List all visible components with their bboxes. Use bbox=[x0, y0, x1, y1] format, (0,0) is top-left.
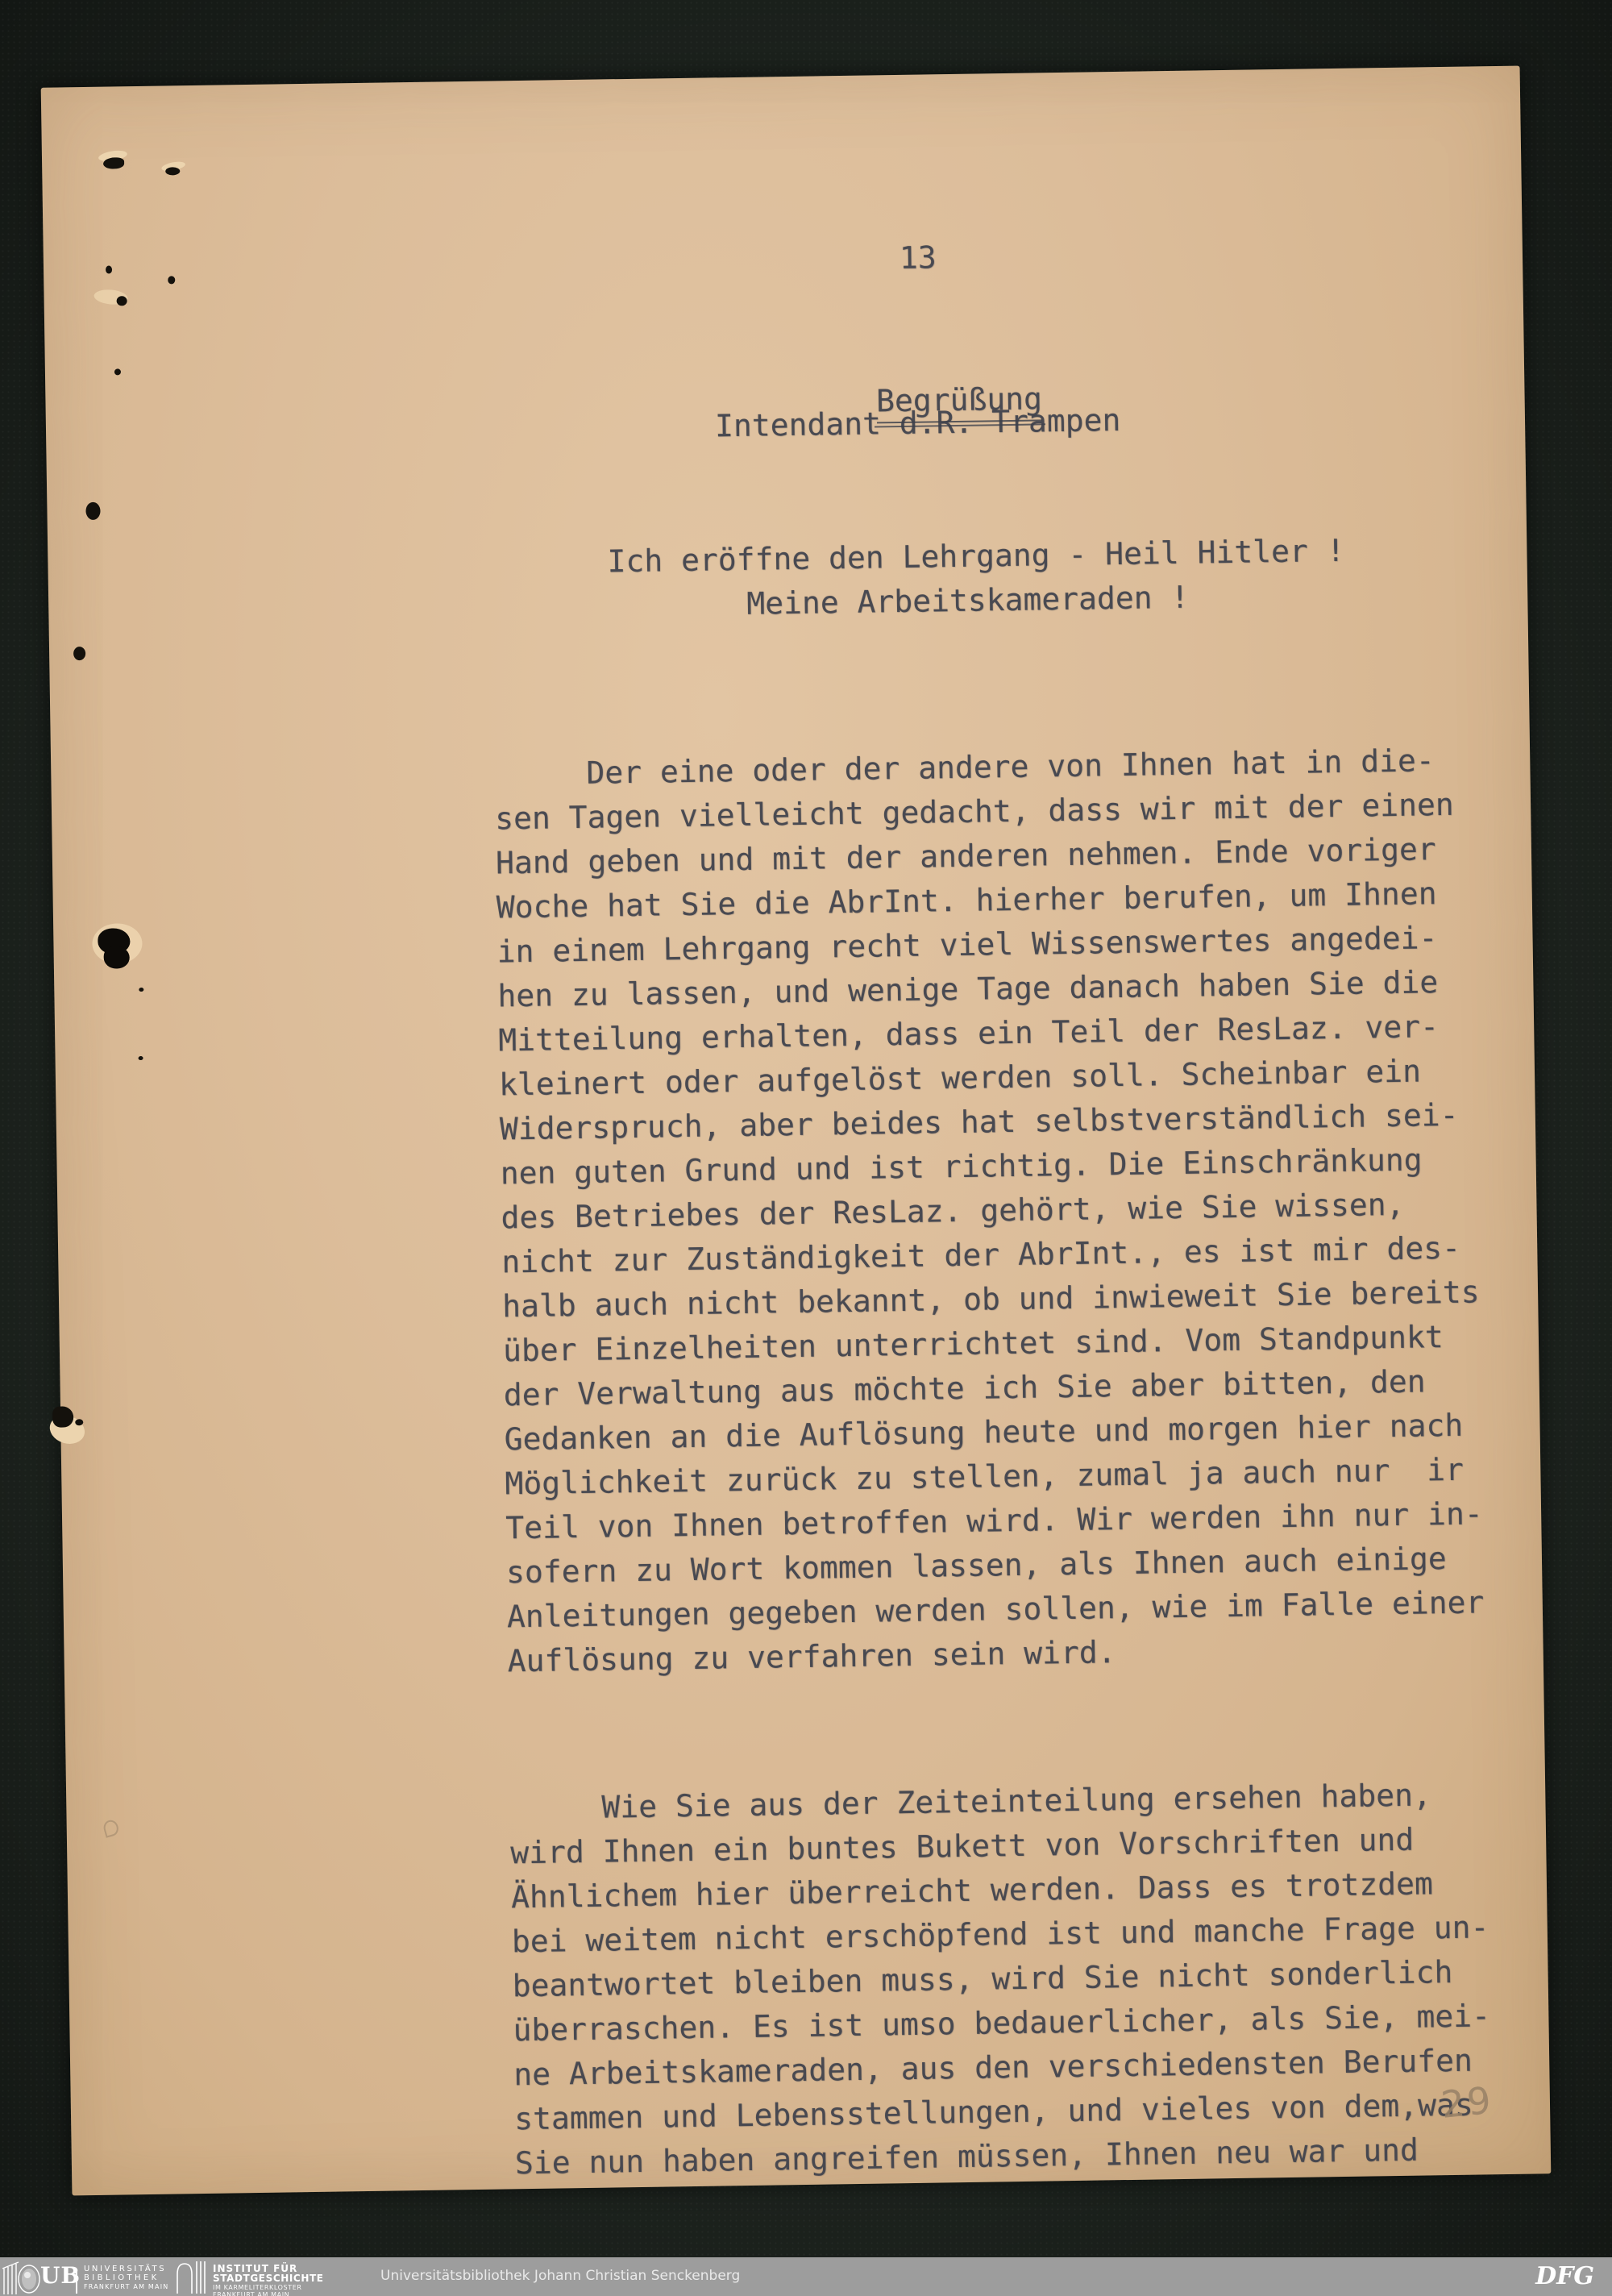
punch-hole bbox=[104, 946, 130, 968]
pencil-mark bbox=[102, 1819, 120, 1838]
body-paragraph: Wie Sie aus der Zeiteinteilung ersehen h… bbox=[509, 1772, 1493, 2186]
ub-logo-icon bbox=[2, 2261, 43, 2294]
dfg-logo: DFG bbox=[1535, 2262, 1594, 2290]
salutation-line-2: Meine Arbeitskameraden ! bbox=[746, 580, 1190, 622]
paper-hole bbox=[139, 1056, 143, 1060]
edge-tear-hole bbox=[52, 1406, 73, 1427]
institute-line: IM KARMELITERKLOSTER bbox=[213, 2284, 324, 2291]
paper-hole bbox=[73, 647, 85, 660]
footer-bar: UB UNIVERSITÄTS BIBLIOTHEK FRANKFURT AM … bbox=[0, 2257, 1612, 2296]
institute-line: FRANKFURT AM MAIN bbox=[213, 2291, 324, 2296]
paper-hole bbox=[139, 988, 143, 992]
ub-logo-line: FRANKFURT AM MAIN bbox=[84, 2282, 168, 2291]
handwritten-page-number: 29 bbox=[1439, 2078, 1495, 2127]
ub-logo-line: UNIVERSITÄTS bbox=[84, 2265, 168, 2273]
paper-hole bbox=[165, 167, 180, 175]
institute-logo-icon bbox=[174, 2260, 208, 2294]
attribution-text: Universitätsbibliothek Johann Christian … bbox=[380, 2268, 740, 2284]
paper-hole bbox=[103, 157, 124, 168]
paper-hole bbox=[168, 276, 175, 284]
paper-hole bbox=[114, 368, 121, 375]
page-number: 13 bbox=[899, 239, 937, 276]
paper-hole bbox=[117, 296, 127, 306]
ub-logo-abbr: UB bbox=[40, 2262, 81, 2289]
paper-hole bbox=[85, 502, 100, 520]
institute-line: STADTGESCHICHTE bbox=[213, 2273, 324, 2284]
paper-hole bbox=[106, 265, 112, 273]
institute-logo-text: INSTITUT FÜR STADTGESCHICHTE IM KARMELIT… bbox=[213, 2264, 324, 2296]
section-title: Begrüßung bbox=[802, 345, 1043, 460]
salutation-line-1: Ich eröffne den Lehrgang - Heil Hitler ! bbox=[607, 533, 1345, 580]
typed-body: Der eine oder der andere von Ihnen hat i… bbox=[493, 668, 1494, 2257]
ub-logo-text: UNIVERSITÄTS BIBLIOTHEK FRANKFURT AM MAI… bbox=[84, 2265, 168, 2291]
body-paragraph: Der eine oder der andere von Ihnen hat i… bbox=[494, 738, 1485, 1684]
ub-logo-divider bbox=[76, 2272, 77, 2294]
scanned-page: 13 Begrüßung Intendant d.R. Trampen Ich … bbox=[41, 66, 1552, 2196]
ub-logo-line: BIBLIOTHEK bbox=[84, 2273, 168, 2282]
speaker-line: Intendant d.R. Trampen bbox=[715, 402, 1121, 443]
